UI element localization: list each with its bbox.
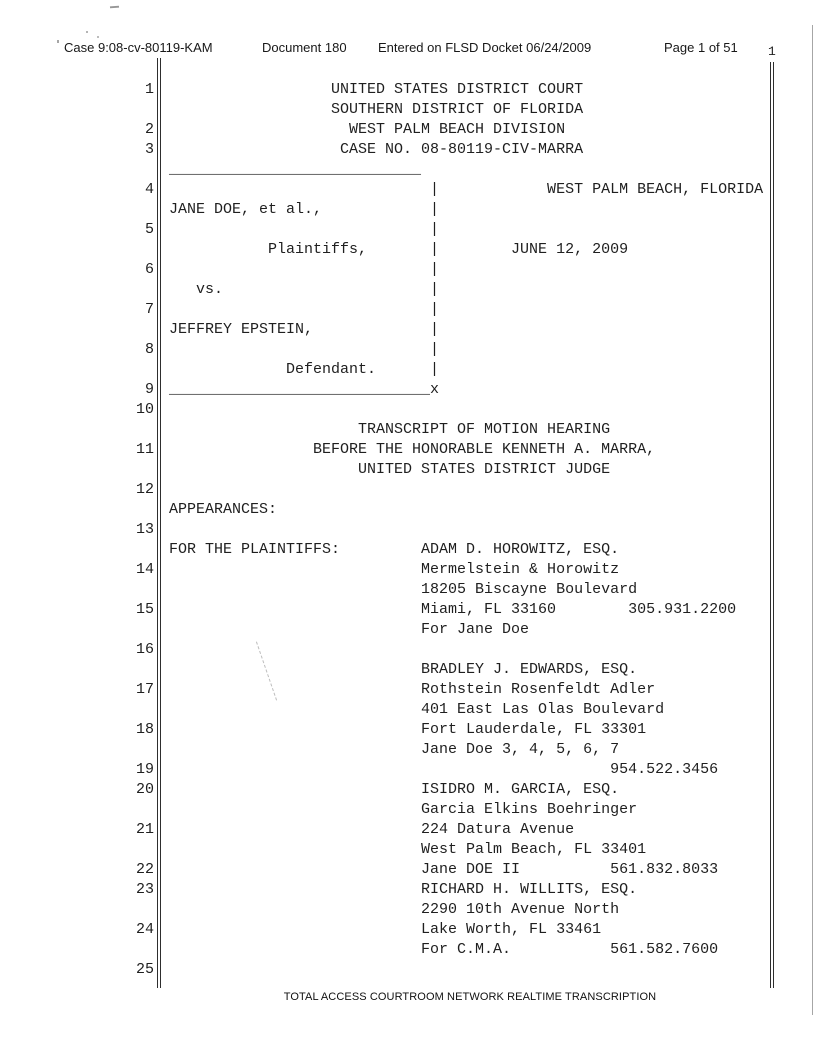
transcript-body: 1 UNITED STATES DISTRICT COURT SOUTHERN … xyxy=(108,80,808,980)
transcript-row: 23 RICHARD H. WILLITS, ESQ. xyxy=(108,880,808,900)
header-case-number: Case 9:08-cv-80119-KAM xyxy=(64,40,213,55)
header-document-number: Document 180 xyxy=(262,40,347,55)
transcript-line-text: 18205 Biscayne Boulevard xyxy=(169,580,637,600)
line-number xyxy=(108,160,160,180)
transcript-line-text: 954.522.3456 xyxy=(169,760,718,780)
line-number xyxy=(108,580,160,600)
transcript-row: For Jane Doe xyxy=(108,620,808,640)
transcript-page: Case 9:08-cv-80119-KAM Document 180 Ente… xyxy=(0,0,817,1056)
transcript-row: FOR THE PLAINTIFFS: ADAM D. HOROWITZ, ES… xyxy=(108,540,808,560)
line-number: 19 xyxy=(108,760,160,780)
line-number xyxy=(108,620,160,640)
line-number: 17 xyxy=(108,680,160,700)
transcript-line-text: JANE DOE, et al., | xyxy=(169,200,439,220)
line-number xyxy=(108,660,160,680)
transcript-line-text: | xyxy=(169,340,439,360)
transcript-line-text: vs. | xyxy=(169,280,439,300)
transcript-row: 18205 Biscayne Boulevard xyxy=(108,580,808,600)
transcript-row: 4 | WEST PALM BEACH, FLORIDA xyxy=(108,180,808,200)
transcript-row: 17 Rothstein Rosenfeldt Adler xyxy=(108,680,808,700)
transcript-line-text: ISIDRO M. GARCIA, ESQ. xyxy=(169,780,619,800)
header-entered-docket: Entered on FLSD Docket 06/24/2009 xyxy=(378,40,591,55)
transcript-row: 401 East Las Olas Boulevard xyxy=(108,700,808,720)
line-number: 21 xyxy=(108,820,160,840)
transcript-line-text: 401 East Las Olas Boulevard xyxy=(169,700,664,720)
transcript-line-text: SOUTHERN DISTRICT OF FLORIDA xyxy=(169,100,583,120)
transcript-line-text: 224 Datura Avenue xyxy=(169,820,574,840)
line-number: 8 xyxy=(108,340,160,360)
line-number: 12 xyxy=(108,480,160,500)
transcript-row: 18 Fort Lauderdale, FL 33301 xyxy=(108,720,808,740)
transcript-row: 22 Jane DOE II 561.832.8033 xyxy=(108,860,808,880)
line-number xyxy=(108,200,160,220)
transcript-line-text: Jane DOE II 561.832.8033 xyxy=(169,860,718,880)
transcript-line-text: RICHARD H. WILLITS, ESQ. xyxy=(169,880,637,900)
line-number: 14 xyxy=(108,560,160,580)
transcript-line-text: TRANSCRIPT OF MOTION HEARING xyxy=(169,420,610,440)
line-number xyxy=(108,240,160,260)
transcript-row: ____________________________ xyxy=(108,160,808,180)
line-number: 25 xyxy=(108,960,160,980)
transcript-row: 13 xyxy=(108,520,808,540)
transcript-row: 25 xyxy=(108,960,808,980)
transcript-line-text: Rothstein Rosenfeldt Adler xyxy=(169,680,655,700)
transcript-line-text: CASE NO. 08-80119-CIV-MARRA xyxy=(169,140,583,160)
transcript-line-text: West Palm Beach, FL 33401 xyxy=(169,840,646,860)
transcript-page-number: 1 xyxy=(768,44,776,59)
line-number: 11 xyxy=(108,440,160,460)
transcript-line-text: Mermelstein & Horowitz xyxy=(169,560,619,580)
transcript-line-text: Lake Worth, FL 33461 xyxy=(169,920,601,940)
line-number: 24 xyxy=(108,920,160,940)
transcript-line-text: For Jane Doe xyxy=(169,620,529,640)
transcript-row: 24 Lake Worth, FL 33461 xyxy=(108,920,808,940)
transcript-line-text: Plaintiffs, | JUNE 12, 2009 xyxy=(169,240,628,260)
line-number: 13 xyxy=(108,520,160,540)
line-number: 5 xyxy=(108,220,160,240)
line-number xyxy=(108,900,160,920)
transcript-row: Plaintiffs, | JUNE 12, 2009 xyxy=(108,240,808,260)
line-number xyxy=(108,940,160,960)
transcript-line-text: WEST PALM BEACH DIVISION xyxy=(169,120,565,140)
transcript-row: 16 xyxy=(108,640,808,660)
line-number: 2 xyxy=(108,120,160,140)
transcript-line-text: JEFFREY EPSTEIN, | xyxy=(169,320,439,340)
line-number xyxy=(108,320,160,340)
line-number xyxy=(108,360,160,380)
transcript-row: BRADLEY J. EDWARDS, ESQ. xyxy=(108,660,808,680)
transcript-line-text: Miami, FL 33160 305.931.2200 xyxy=(169,600,736,620)
line-number: 22 xyxy=(108,860,160,880)
transcript-line-text: UNITED STATES DISTRICT COURT xyxy=(169,80,583,100)
transcript-line-text: Jane Doe 3, 4, 5, 6, 7 xyxy=(169,740,619,760)
line-number: 4 xyxy=(108,180,160,200)
transcript-line-text: FOR THE PLAINTIFFS: ADAM D. HOROWITZ, ES… xyxy=(169,540,619,560)
transcript-row: Garcia Elkins Boehringer xyxy=(108,800,808,820)
transcript-row: 15 Miami, FL 33160 305.931.2200 xyxy=(108,600,808,620)
line-number xyxy=(108,500,160,520)
transcript-line-text: Defendant. | xyxy=(169,360,439,380)
line-number xyxy=(108,280,160,300)
transcript-row: 5 | xyxy=(108,220,808,240)
transcript-row: 2290 10th Avenue North xyxy=(108,900,808,920)
transcript-row: 2 WEST PALM BEACH DIVISION xyxy=(108,120,808,140)
transcript-row: 3 CASE NO. 08-80119-CIV-MARRA xyxy=(108,140,808,160)
transcript-row: 14 Mermelstein & Horowitz xyxy=(108,560,808,580)
line-number: 23 xyxy=(108,880,160,900)
transcript-row: TRANSCRIPT OF MOTION HEARING xyxy=(108,420,808,440)
transcript-row: 11 BEFORE THE HONORABLE KENNETH A. MARRA… xyxy=(108,440,808,460)
transcript-line-text: | xyxy=(169,220,439,240)
line-number xyxy=(108,740,160,760)
transcript-row: For C.M.A. 561.582.7600 xyxy=(108,940,808,960)
transcript-row: West Palm Beach, FL 33401 xyxy=(108,840,808,860)
scan-artifact-dash xyxy=(110,6,119,9)
transcript-line-text: ____________________________ xyxy=(169,160,421,180)
line-number xyxy=(108,540,160,560)
transcript-line-text: APPEARANCES: xyxy=(169,500,277,520)
transcript-row: 9_____________________________x xyxy=(108,380,808,400)
transcript-row: JANE DOE, et al., | xyxy=(108,200,808,220)
transcript-row: APPEARANCES: xyxy=(108,500,808,520)
line-number: 18 xyxy=(108,720,160,740)
line-number xyxy=(108,460,160,480)
line-number xyxy=(108,420,160,440)
transcript-row: SOUTHERN DISTRICT OF FLORIDA xyxy=(108,100,808,120)
line-number: 3 xyxy=(108,140,160,160)
footer-banner: TOTAL ACCESS COURTROOM NETWORK REALTIME … xyxy=(140,991,800,1003)
transcript-row: 1 UNITED STATES DISTRICT COURT xyxy=(108,80,808,100)
line-number: 10 xyxy=(108,400,160,420)
line-number: 16 xyxy=(108,640,160,660)
line-number xyxy=(108,840,160,860)
scan-artifact-speck xyxy=(57,40,59,43)
transcript-row: Jane Doe 3, 4, 5, 6, 7 xyxy=(108,740,808,760)
transcript-row: 21 224 Datura Avenue xyxy=(108,820,808,840)
transcript-line-text: | xyxy=(169,260,439,280)
transcript-line-text: _____________________________x xyxy=(169,380,439,400)
line-number: 7 xyxy=(108,300,160,320)
line-number: 1 xyxy=(108,80,160,100)
line-number: 9 xyxy=(108,380,160,400)
line-number xyxy=(108,100,160,120)
transcript-row: JEFFREY EPSTEIN, | xyxy=(108,320,808,340)
transcript-line-text: BEFORE THE HONORABLE KENNETH A. MARRA, xyxy=(169,440,655,460)
transcript-row: 12 xyxy=(108,480,808,500)
transcript-line-text: Fort Lauderdale, FL 33301 xyxy=(169,720,646,740)
transcript-line-text: BRADLEY J. EDWARDS, ESQ. xyxy=(169,660,637,680)
line-number: 15 xyxy=(108,600,160,620)
scan-artifact-speck xyxy=(86,31,88,33)
scan-artifact-speck xyxy=(97,36,99,38)
line-number xyxy=(108,700,160,720)
transcript-row: 6 | xyxy=(108,260,808,280)
transcript-row: 10 xyxy=(108,400,808,420)
transcript-row: vs. | xyxy=(108,280,808,300)
transcript-line-text: | WEST PALM BEACH, FLORIDA xyxy=(169,180,763,200)
transcript-line-text: 2290 10th Avenue North xyxy=(169,900,619,920)
transcript-line-text: | xyxy=(169,300,439,320)
transcript-line-text: UNITED STATES DISTRICT JUDGE xyxy=(169,460,610,480)
transcript-row: 7 | xyxy=(108,300,808,320)
transcript-row: 8 | xyxy=(108,340,808,360)
transcript-row: Defendant. | xyxy=(108,360,808,380)
transcript-row: 20 ISIDRO M. GARCIA, ESQ. xyxy=(108,780,808,800)
scan-page-edge-line xyxy=(812,25,813,1015)
line-number: 6 xyxy=(108,260,160,280)
transcript-line-text: For C.M.A. 561.582.7600 xyxy=(169,940,718,960)
line-number: 20 xyxy=(108,780,160,800)
transcript-line-text: Garcia Elkins Boehringer xyxy=(169,800,637,820)
header-page-of: Page 1 of 51 xyxy=(664,40,738,55)
transcript-row: UNITED STATES DISTRICT JUDGE xyxy=(108,460,808,480)
line-number xyxy=(108,800,160,820)
transcript-row: 19 954.522.3456 xyxy=(108,760,808,780)
